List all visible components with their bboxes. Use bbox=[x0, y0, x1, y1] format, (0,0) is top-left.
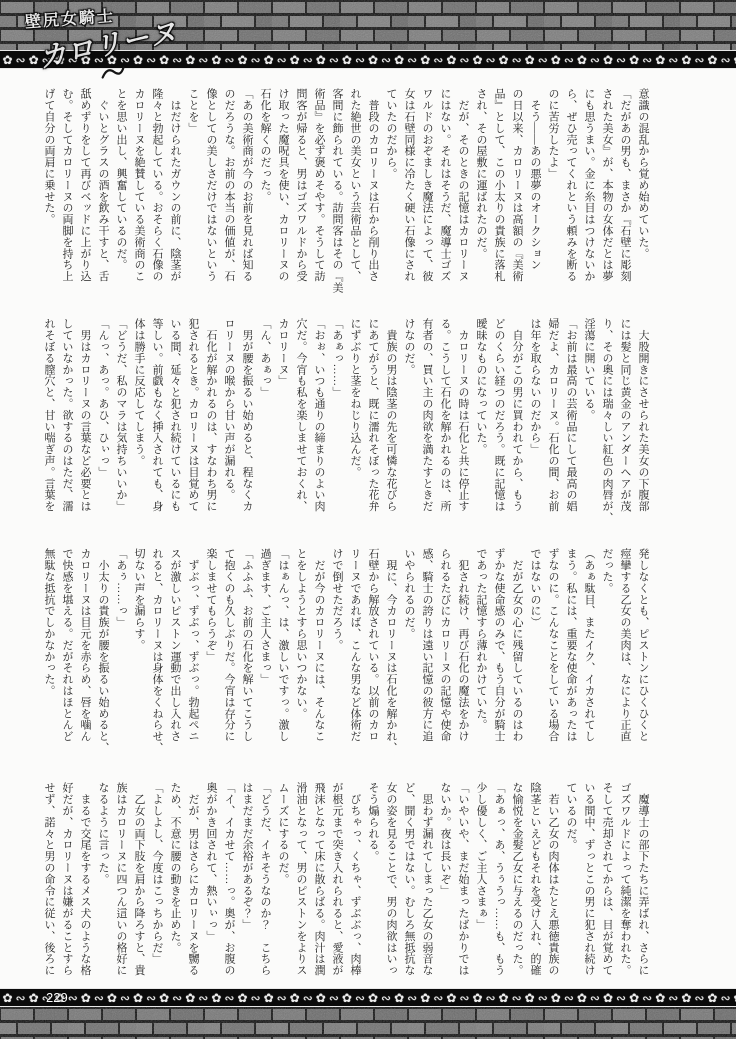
book-page: ✿∾✿∾✿∾✿∾✿∾✿∾✿∾✿∾✿∾✿∾✿∾✿∾✿∾✿∾✿∾✿∾✿∾✿∾✿∾✿∾… bbox=[0, 0, 736, 1039]
footer-brick-wall bbox=[0, 1007, 736, 1039]
florette-ornament-row: ✿∾✿∾✿∾✿∾✿∾✿∾✿∾✿∾✿∾✿∾✿∾✿∾✿∾✿∾✿∾✿∾✿∾✿∾✿∾✿∾… bbox=[0, 54, 736, 66]
scan-artifact-mark bbox=[99, 64, 126, 80]
page-number: 229 bbox=[46, 990, 68, 1005]
text-block-4: 魔導士の部下たちに弄ばれ、さらに ゴズワルドによって純潔を奪われた。 そして売却… bbox=[40, 782, 652, 990]
text-block-1: 意識の混乱から覚め始めていた。 「だがあの男も、まさか『石壁に彫刻 された美女』… bbox=[40, 88, 652, 296]
text-block-3: 発しなくとも、ピストンにひくひくと 痙攣する乙女の美肉は、なにより正直 だった。… bbox=[40, 548, 652, 756]
ornament-border-bottom: ✿∾✿∾✿∾✿∾✿∾✿∾✿∾✿∾✿∾✿∾✿∾✿∾✿∾✿∾✿∾✿∾✿∾✿∾✿∾✿∾… bbox=[0, 988, 736, 1007]
text-block-2: 大股開きにさせられた美女の下腹部 には髪と同じ黄金のアンダーヘアが茂 り、その奥… bbox=[40, 318, 652, 526]
florette-ornament-row: ✿∾✿∾✿∾✿∾✿∾✿∾✿∾✿∾✿∾✿∾✿∾✿∾✿∾✿∾✿∾✿∾✿∾✿∾✿∾✿∾… bbox=[0, 992, 736, 1004]
header-brick-wall bbox=[0, 0, 736, 50]
